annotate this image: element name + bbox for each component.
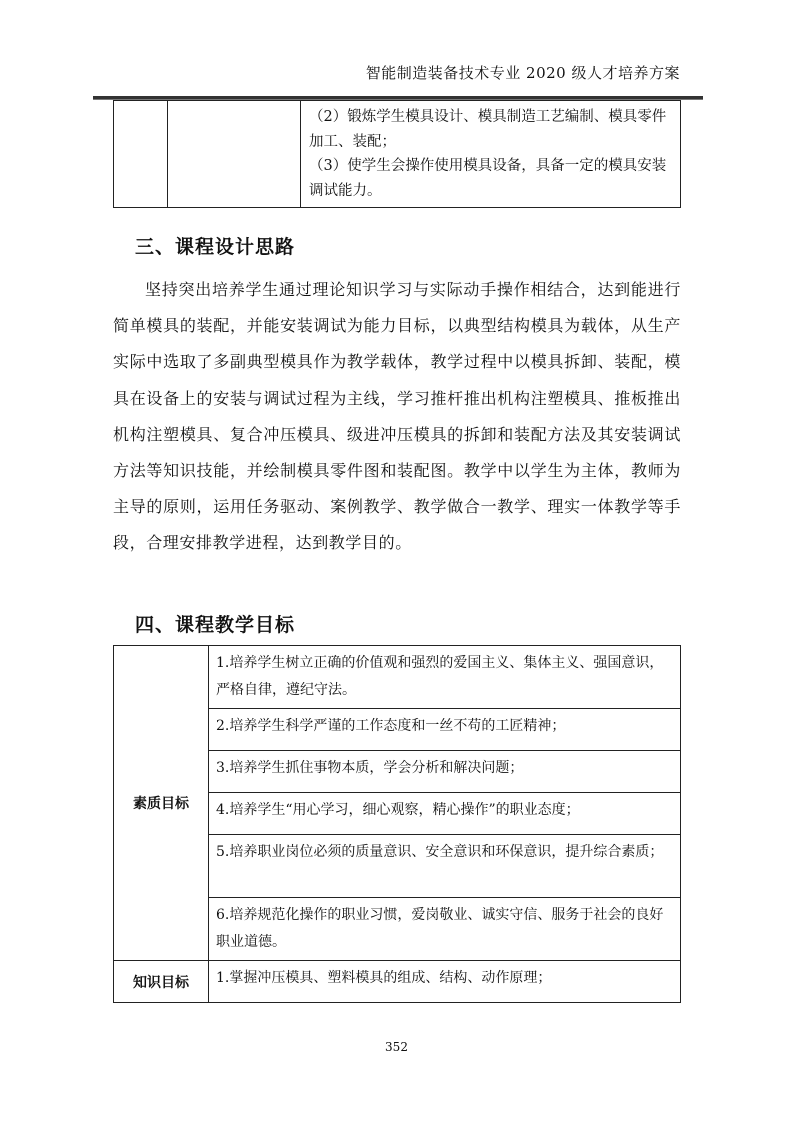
- goals-table: 素质目标 1.培养学生树立正确的价值观和强烈的爱国主义、集体主义、强国意识，严格…: [113, 645, 681, 1003]
- running-header-title: 智能制造装备技术专业 2020 级人才培养方案: [366, 62, 680, 83]
- goal-item: 1.掌握冲压模具、塑料模具的组成、结构、动作原理；: [209, 961, 681, 1003]
- goal-item: 5.培养职业岗位必须的质量意识、安全意识和环保意识，提升综合素质；: [209, 835, 681, 898]
- table-row: 素质目标 1.培养学生树立正确的价值观和强烈的爱国主义、集体主义、强国意识，严格…: [114, 646, 681, 709]
- section-heading: 四、课程教学目标: [135, 610, 295, 637]
- goal-category-label: 知识目标: [114, 961, 209, 1003]
- table-row: 知识目标 1.掌握冲压模具、塑料模具的组成、结构、动作原理；: [114, 961, 681, 1003]
- content-line: （3）使学生会操作使用模具设备，具备一定的模具安装调试能力。: [309, 154, 672, 203]
- section-heading: 三、课程设计思路: [135, 232, 295, 259]
- table-cell-empty: [168, 101, 301, 208]
- table-row: （2）锻炼学生模具设计、模具制造工艺编制、模具零件加工、装配； （3）使学生会操…: [114, 101, 681, 208]
- table-cell-empty: [114, 101, 168, 208]
- page-number: 352: [0, 1040, 793, 1054]
- content-line: （2）锻炼学生模具设计、模具制造工艺编制、模具零件加工、装配；: [309, 105, 672, 154]
- goal-item: 1.培养学生树立正确的价值观和强烈的爱国主义、集体主义、强国意识，严格自律，遵纪…: [209, 646, 681, 709]
- goal-item: 4.培养学生“用心学习，细心观察，精心操作”的职业态度；: [209, 793, 681, 835]
- goal-item: 2.培养学生科学严谨的工作态度和一丝不苟的工匠精神；: [209, 709, 681, 751]
- table-cell-content: （2）锻炼学生模具设计、模具制造工艺编制、模具零件加工、装配； （3）使学生会操…: [301, 101, 681, 208]
- goal-item: 3.培养学生抓住事物本质，学会分析和解决问题；: [209, 751, 681, 793]
- body-paragraph: 坚持突出培养学生通过理论知识学习与实际动手操作相结合，达到能进行简单模具的装配，…: [113, 272, 681, 562]
- goal-item: 6.培养规范化操作的职业习惯，爱岗敬业、诚实守信、服务于社会的良好职业道德。: [209, 898, 681, 961]
- goal-category-label: 素质目标: [114, 646, 209, 961]
- continued-table: （2）锻炼学生模具设计、模具制造工艺编制、模具零件加工、装配； （3）使学生会操…: [113, 100, 681, 208]
